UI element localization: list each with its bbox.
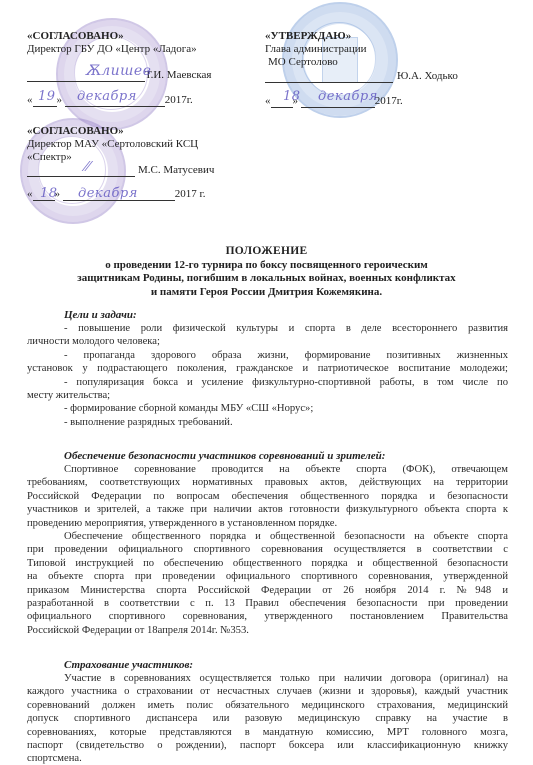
date-handwritten-day: 18 xyxy=(40,186,58,201)
approval-heading: «УТВЕРЖДАЮ» xyxy=(265,30,505,43)
date-handwritten-day: 18 xyxy=(283,89,301,104)
date-handwritten-month: декабря xyxy=(77,89,137,104)
date-quote-open: « xyxy=(27,188,33,200)
date-handwritten-month: декабря xyxy=(78,186,138,201)
date-day-line xyxy=(33,106,57,107)
safety-paragraph-1: Спортивное соревнование проводится на об… xyxy=(27,463,508,530)
goal-line: месту жительства; xyxy=(27,389,508,402)
text-line: при проведении официального спортивного … xyxy=(27,543,508,556)
document-title: ПОЛОЖЕНИЕ о проведении 12-го турнира по … xyxy=(0,245,533,299)
date-quote-open: « xyxy=(27,94,33,106)
title-line-1: о проведении 12-го турнира по боксу посв… xyxy=(0,259,533,273)
text-line: соревнований должен иметь полис обязател… xyxy=(27,699,508,712)
date-handwritten-month: декабря xyxy=(318,89,378,104)
text-line: официального спортивного соревнования, у… xyxy=(27,610,508,623)
approval-heading: «СОГЛАСОВАНО» xyxy=(27,30,257,43)
text-line: Российской Федерации от 18апреля 2014г. … xyxy=(27,624,508,637)
date-year: 2017 г. xyxy=(175,188,206,200)
date-year: 2017г. xyxy=(375,95,403,107)
approval-position-line2: МО Сертолово xyxy=(265,56,505,69)
date-month-line xyxy=(301,107,375,108)
title-line-2: защитникам Родины, погибшим в локальных … xyxy=(0,272,533,286)
title-main: ПОЛОЖЕНИЕ xyxy=(0,245,533,259)
signature-matusevich: ⁄⁄ xyxy=(85,160,90,175)
insurance-paragraph: Участие в соревнованиях осуществляется т… xyxy=(27,672,508,765)
text-line: приказом Министерства спорта Российской … xyxy=(27,584,508,597)
approval-position-line1: Глава администрации xyxy=(265,43,505,56)
signature-maevskaya: Ѫлишев xyxy=(85,63,151,79)
text-line: на объекте спорта при проведении официал… xyxy=(27,570,508,583)
text-line: спортсмена. xyxy=(27,752,508,765)
text-line: допуск спортивного диспансера или разову… xyxy=(27,712,508,725)
goal-line: - формирование сборной команды МБУ «СШ «… xyxy=(27,402,508,415)
goal-line: - пропаганда здорового образа жизни, фор… xyxy=(27,349,508,362)
text-line: требованиям, соответствующих нормативных… xyxy=(27,476,508,489)
section-heading-insurance: Страхование участников: xyxy=(64,659,193,671)
signature-line xyxy=(265,82,393,83)
approval-position-line2: «Спектр» xyxy=(27,151,267,164)
text-line: Типовой инструкцией по обеспечению общес… xyxy=(27,557,508,570)
signature-line xyxy=(27,176,135,177)
text-line: каждого участника о страховании от несча… xyxy=(27,685,508,698)
text-line: проведению мероприятия, утвержденного в … xyxy=(27,517,508,530)
date-quote-open: « xyxy=(265,95,271,107)
goal-line: - повышение роли физической культуры и с… xyxy=(27,322,508,335)
signatory-name: Т.И. Маевская xyxy=(145,69,212,81)
date-month-line xyxy=(65,106,165,107)
goal-line: - популяризация бокса и усиление физкуль… xyxy=(27,376,508,389)
approval-position: Директор ГБУ ДО «Центр «Ладога» xyxy=(27,43,257,56)
text-line: Российской Федерации по вопросам обеспеч… xyxy=(27,490,508,503)
text-line: соревнованиях, которые представляются в … xyxy=(27,726,508,739)
goal-line: установок у подрастающего поколения, гра… xyxy=(27,362,508,375)
goals-list: - повышение роли физической культуры и с… xyxy=(27,322,508,429)
goal-line: личности молодого человека; xyxy=(27,335,508,348)
text-line: Участие в соревнованиях осуществляется т… xyxy=(27,672,508,685)
text-line: Спортивное соревнование проводится на об… xyxy=(27,463,508,476)
signatory-name: Ю.А. Ходько xyxy=(397,70,458,82)
text-line: участников и зрителей, а также при налич… xyxy=(27,503,508,516)
approval-heading: «СОГЛАСОВАНО» xyxy=(27,125,267,138)
text-line: Обеспечение общественного порядка и обще… xyxy=(27,530,508,543)
date-year: 2017г. xyxy=(165,94,193,106)
signatory-name: М.С. Матусевич xyxy=(138,164,214,176)
approval-position-line1: Директор МАУ «Сертоловский КСЦ xyxy=(27,138,267,151)
date-quote-close: » xyxy=(57,94,63,106)
date-day-line xyxy=(271,107,293,108)
goal-line: - выполнение разрядных требований. xyxy=(27,416,508,429)
approval-block-sertolovo: «УТВЕРЖДАЮ» Глава администрации МО Серто… xyxy=(265,30,505,108)
section-heading-safety: Обеспечение безопасности участников соре… xyxy=(64,450,385,462)
signature-line xyxy=(27,81,145,82)
text-line: паспорт (свидетельство о рождении), пасп… xyxy=(27,739,508,752)
title-line-3: и памяти Героя России Дмитрия Кожемякина… xyxy=(0,286,533,300)
text-line: разработанной в соответствии с п. 13 Пра… xyxy=(27,597,508,610)
section-heading-goals: Цели и задачи: xyxy=(64,309,137,321)
safety-paragraph-2: Обеспечение общественного порядка и обще… xyxy=(27,530,508,637)
approval-block-spektr: «СОГЛАСОВАНО» Директор МАУ «Сертоловский… xyxy=(27,125,267,201)
date-handwritten-day: 19 xyxy=(38,89,56,104)
